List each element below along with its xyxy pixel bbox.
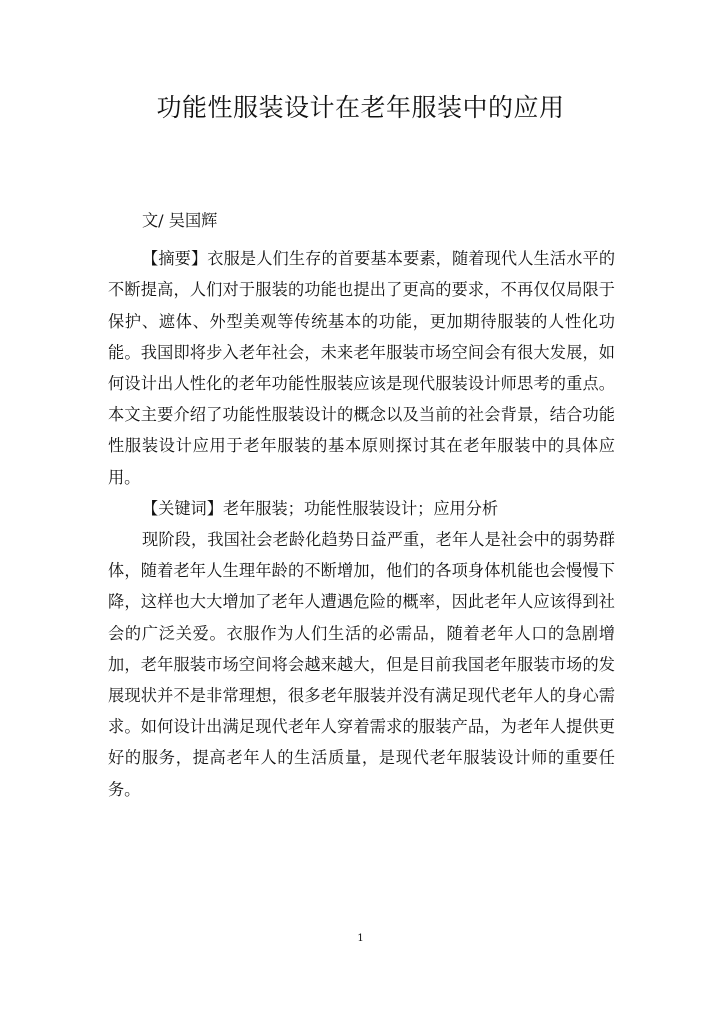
document-title: 功能性服装设计在老年服装中的应用	[0, 88, 721, 124]
author-line: 文/ 吴国辉	[108, 205, 615, 236]
abstract-paragraph: 【摘要】衣服是人们生存的首要基本要素，随着现代人生活水平的不断提高，人们对于服装…	[108, 243, 615, 493]
abstract-label: 【摘要】	[142, 249, 207, 268]
document-page: 功能性服装设计在老年服装中的应用 文/ 吴国辉 【摘要】衣服是人们生存的首要基本…	[0, 0, 721, 1020]
keywords-label: 【关键词】	[142, 499, 223, 518]
abstract-text: 衣服是人们生存的首要基本要素，随着现代人生活水平的不断提高，人们对于服装的功能也…	[108, 249, 615, 486]
document-body: 文/ 吴国辉 【摘要】衣服是人们生存的首要基本要素，随着现代人生活水平的不断提高…	[108, 205, 615, 805]
keywords-paragraph: 【关键词】老年服装；功能性服装设计；应用分析	[108, 493, 615, 524]
page-number: 1	[0, 933, 721, 944]
keywords-text: 老年服装；功能性服装设计；应用分析	[223, 499, 498, 518]
body-paragraph: 现阶段，我国社会老龄化趋势日益严重，老年人是社会中的弱势群体，随着老年人生理年龄…	[108, 524, 615, 805]
